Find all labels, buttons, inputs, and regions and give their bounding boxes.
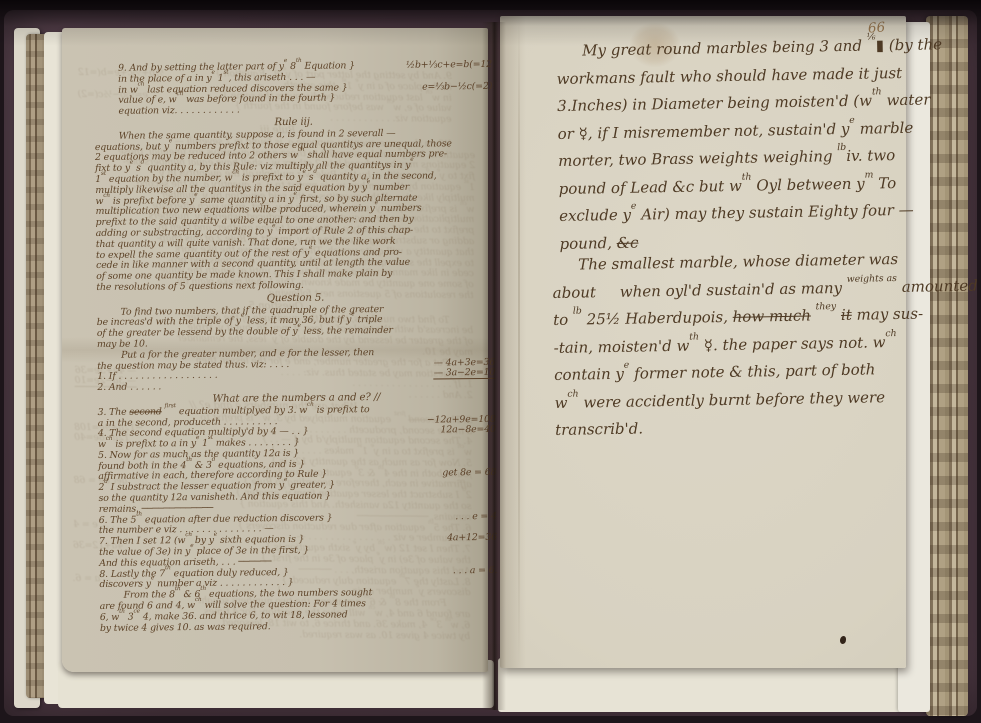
line-text: or ☿, if I misremember not, sustain'd ye… (558, 118, 914, 142)
right-page-paragraph-2: The smallest marble, whose diameter was … (552, 246, 895, 444)
page-foredge-right (926, 16, 968, 716)
line-text: equation viz. . . . . . . . . . . . (94, 106, 239, 118)
ink-speck (840, 636, 846, 644)
line-text: The smallest marble, whose diameter was (578, 250, 898, 274)
line-text: -tain, moisten'd wth ☿. the paper says n… (554, 332, 897, 356)
line-equation: . . . e = 4 (447, 511, 497, 522)
line-text: the resolutions of 5 questions next foll… (96, 281, 303, 294)
manuscript-line: transcrib'd. (555, 411, 895, 444)
line-text: exclude ye Air) may they sustain Eighty … (559, 201, 914, 225)
left-page-manuscript: 9. And by setting the latter part of ye … (94, 60, 498, 635)
line-text: 2. And . . . . . . (97, 382, 161, 393)
line-text: transcrib'd. (555, 419, 643, 439)
left-page: 9. And by setting the latter part of ye … (62, 28, 488, 672)
line-text: by twice 4 gives 10. as was required. (100, 622, 271, 635)
line-text: pound, &c (559, 233, 638, 252)
line-text: 3.Inches) in Diameter being moisten'd (w… (557, 90, 931, 115)
line-text: Question 5. (267, 292, 325, 304)
line-text: wch were accidently burnt before they we… (554, 388, 885, 412)
line-equation: ½b+⅓c+e=b(=12 (398, 60, 492, 72)
line-text: My great round marbles being 3 and ⅙▮ (b… (582, 35, 942, 59)
right-page-paragraph-1: My great round marbles being 3 and ⅙▮ (b… (556, 32, 900, 258)
line-text: morter, two Brass weights weighing lbiv.… (558, 146, 895, 170)
manuscript-line: by twice 4 gives 10. as was required. (100, 619, 498, 634)
page-crease (518, 16, 520, 668)
line-text: to lb 25½ Haberdupois, how much they it … (553, 305, 923, 329)
right-page: 66 My great round marbles being 3 and ⅙▮… (500, 16, 906, 668)
line-equation: e=⅓b−½c(=2) (414, 81, 492, 93)
line-equation: get 8e = 68 (434, 468, 496, 479)
line-equation: 12a−8e=40 (432, 425, 495, 436)
line-text: contain ye former note & this, part of b… (554, 360, 875, 384)
line-equation: 4a+12=36 (439, 533, 497, 544)
manuscript-book-photo: 9. And by setting the latter part of ye … (0, 0, 981, 723)
line-equation: — 3a−2e=10 (426, 368, 496, 380)
line-text: pound of Lead &c but wth Oyl between ym … (558, 174, 896, 198)
line-equation: . . . a = 6. (445, 565, 498, 576)
line-text: What are the numbers a and e? // (213, 392, 381, 405)
line-text: Rule iij. (274, 117, 312, 128)
line-text: workmans fault who should have made it j… (557, 63, 903, 87)
